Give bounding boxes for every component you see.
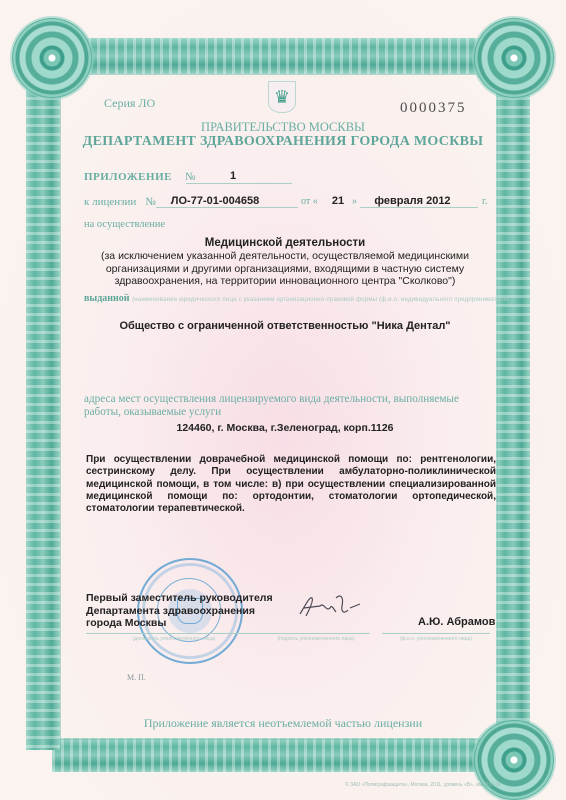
series-label: Серия ЛО [104,96,155,111]
form-number: 0000375 [400,100,467,117]
issued-label: выданной [84,293,130,304]
issued-caption: (наименование юридического лица с указан… [132,297,509,303]
seal-place-label: М. П. [127,673,146,682]
appendix-number: 1 [186,170,280,182]
position-caption: (должность уполномоченного лица) [86,636,262,642]
position-line [86,633,262,634]
border-bottom [52,738,512,772]
date-mid: » [352,196,357,207]
appendix-label: ПРИЛОЖЕНИЕ [84,171,172,183]
coat-of-arms-icon: ♛ [268,81,296,113]
printer-imprint: © ЗАО «Полиграфзащита», Москва, 2011, ур… [345,782,501,788]
license-number: ЛО-77-01-004658 [160,195,270,207]
signature-icon [296,592,366,622]
border-left [26,70,60,750]
border-right [496,70,530,750]
date-prefix: от « [301,196,318,207]
license-number-underline [156,207,298,208]
year-suffix: г. [482,196,487,207]
address-value: 124460, г. Москва, г.Зеленоград, корп.11… [70,422,500,434]
license-month-year: февраля 2012 [365,195,460,207]
name-caption: (ф.и.о. уполномоченного лица) [382,636,490,642]
appendix-underline [186,183,292,184]
appendix-row: ПРИЛОЖЕНИЕ № [84,171,196,183]
organization-name: Общество с ограниченной ответственностью… [70,320,500,332]
scope-of-services: При осуществлении доврачебной медицинско… [86,454,496,515]
rosette-icon [474,18,554,98]
license-label: к лицензии [84,196,136,208]
border-top [52,38,512,74]
signature-caption: (подпись уполномоченного лица) [262,636,370,642]
footer-note: Приложение является неотъемлемой частью … [0,716,566,731]
name-line [382,633,490,634]
signer-position: Первый заместитель руководителя Департам… [86,592,276,630]
license-appendix-page: Серия ЛО ♛ 0000375 ПРАВИТЕЛЬСТВО МОСКВЫ … [0,0,566,800]
department-title: ДЕПАРТАМЕНТ ЗДРАВООХРАНЕНИЯ ГОРОДА МОСКВ… [0,134,566,150]
signature-line [262,633,370,634]
activity-description: (за исключением указанной деятельности, … [70,250,500,288]
activity-title: Медицинской деятельности [70,237,500,249]
government-title: ПРАВИТЕЛЬСТВО МОСКВЫ [0,120,566,135]
issued-row: выданной (наименование юридического лица… [84,293,509,304]
activity-label: на осуществление [84,219,165,230]
license-no-sign: № [145,196,156,208]
license-day: 21 [330,195,346,207]
rosette-icon [474,720,554,800]
address-label: адреса мест осуществления лицензируемого… [84,393,498,418]
license-row: к лицензии № [84,196,156,208]
signer-name: А.Ю. Абрамов [418,616,495,628]
rosette-icon [12,18,92,98]
license-date-underline [360,207,478,208]
